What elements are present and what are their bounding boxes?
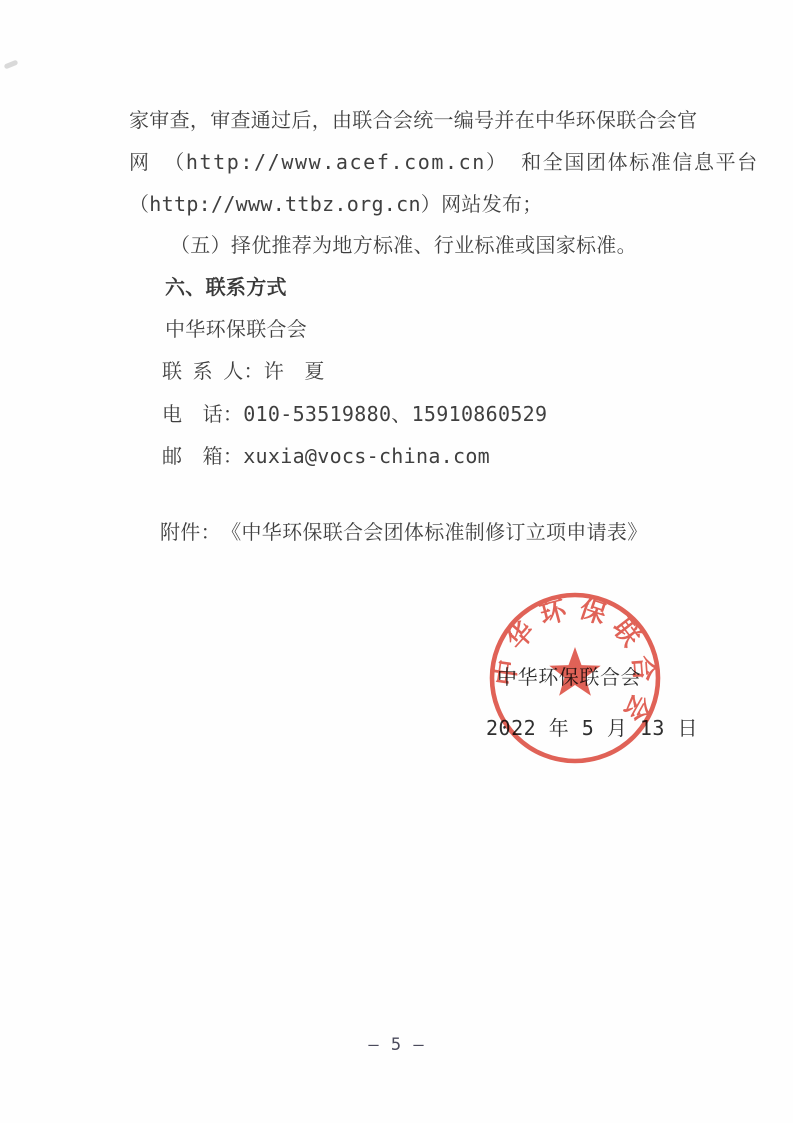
contact-person-line: 联 系 人：许 夏	[129, 351, 682, 393]
scan-artifact	[4, 60, 19, 70]
signature-date: 2022 年 5 月 13 日	[486, 712, 698, 741]
attachment-line: 附件： 《中华环保联合会团体标准制修订立项申请表》	[129, 512, 682, 554]
paragraph-publish-line1: 家审查，审查通过后，由联合会统一编号并在中华环保联合会官	[129, 99, 682, 141]
paragraph-publish-line3: （http://www.ttbz.org.cn）网站发布；	[129, 183, 682, 225]
section-heading-contact: 六、联系方式	[129, 267, 682, 309]
contact-phone-line: 电 话：010-53519880、15910860529	[129, 393, 682, 435]
document-page: 家审查，审查通过后，由联合会统一编号并在中华环保联合会官 网 （http://w…	[0, 0, 793, 1123]
contact-org-line: 中华环保联合会	[129, 309, 682, 351]
contact-email-line: 邮 箱：xuxia@vocs-china.com	[129, 435, 682, 477]
paragraph-publish-line2: 网 （http://www.acef.com.cn） 和全国团体标准信息平台	[129, 141, 682, 183]
list-item-five: （五）择优推荐为地方标准、行业标准或国家标准。	[129, 225, 682, 267]
page-number: — 5 —	[0, 1035, 793, 1055]
signature-org: 中华环保联合会	[497, 661, 641, 690]
document-body: 家审查，审查通过后，由联合会统一编号并在中华环保联合会官 网 （http://w…	[129, 99, 682, 554]
